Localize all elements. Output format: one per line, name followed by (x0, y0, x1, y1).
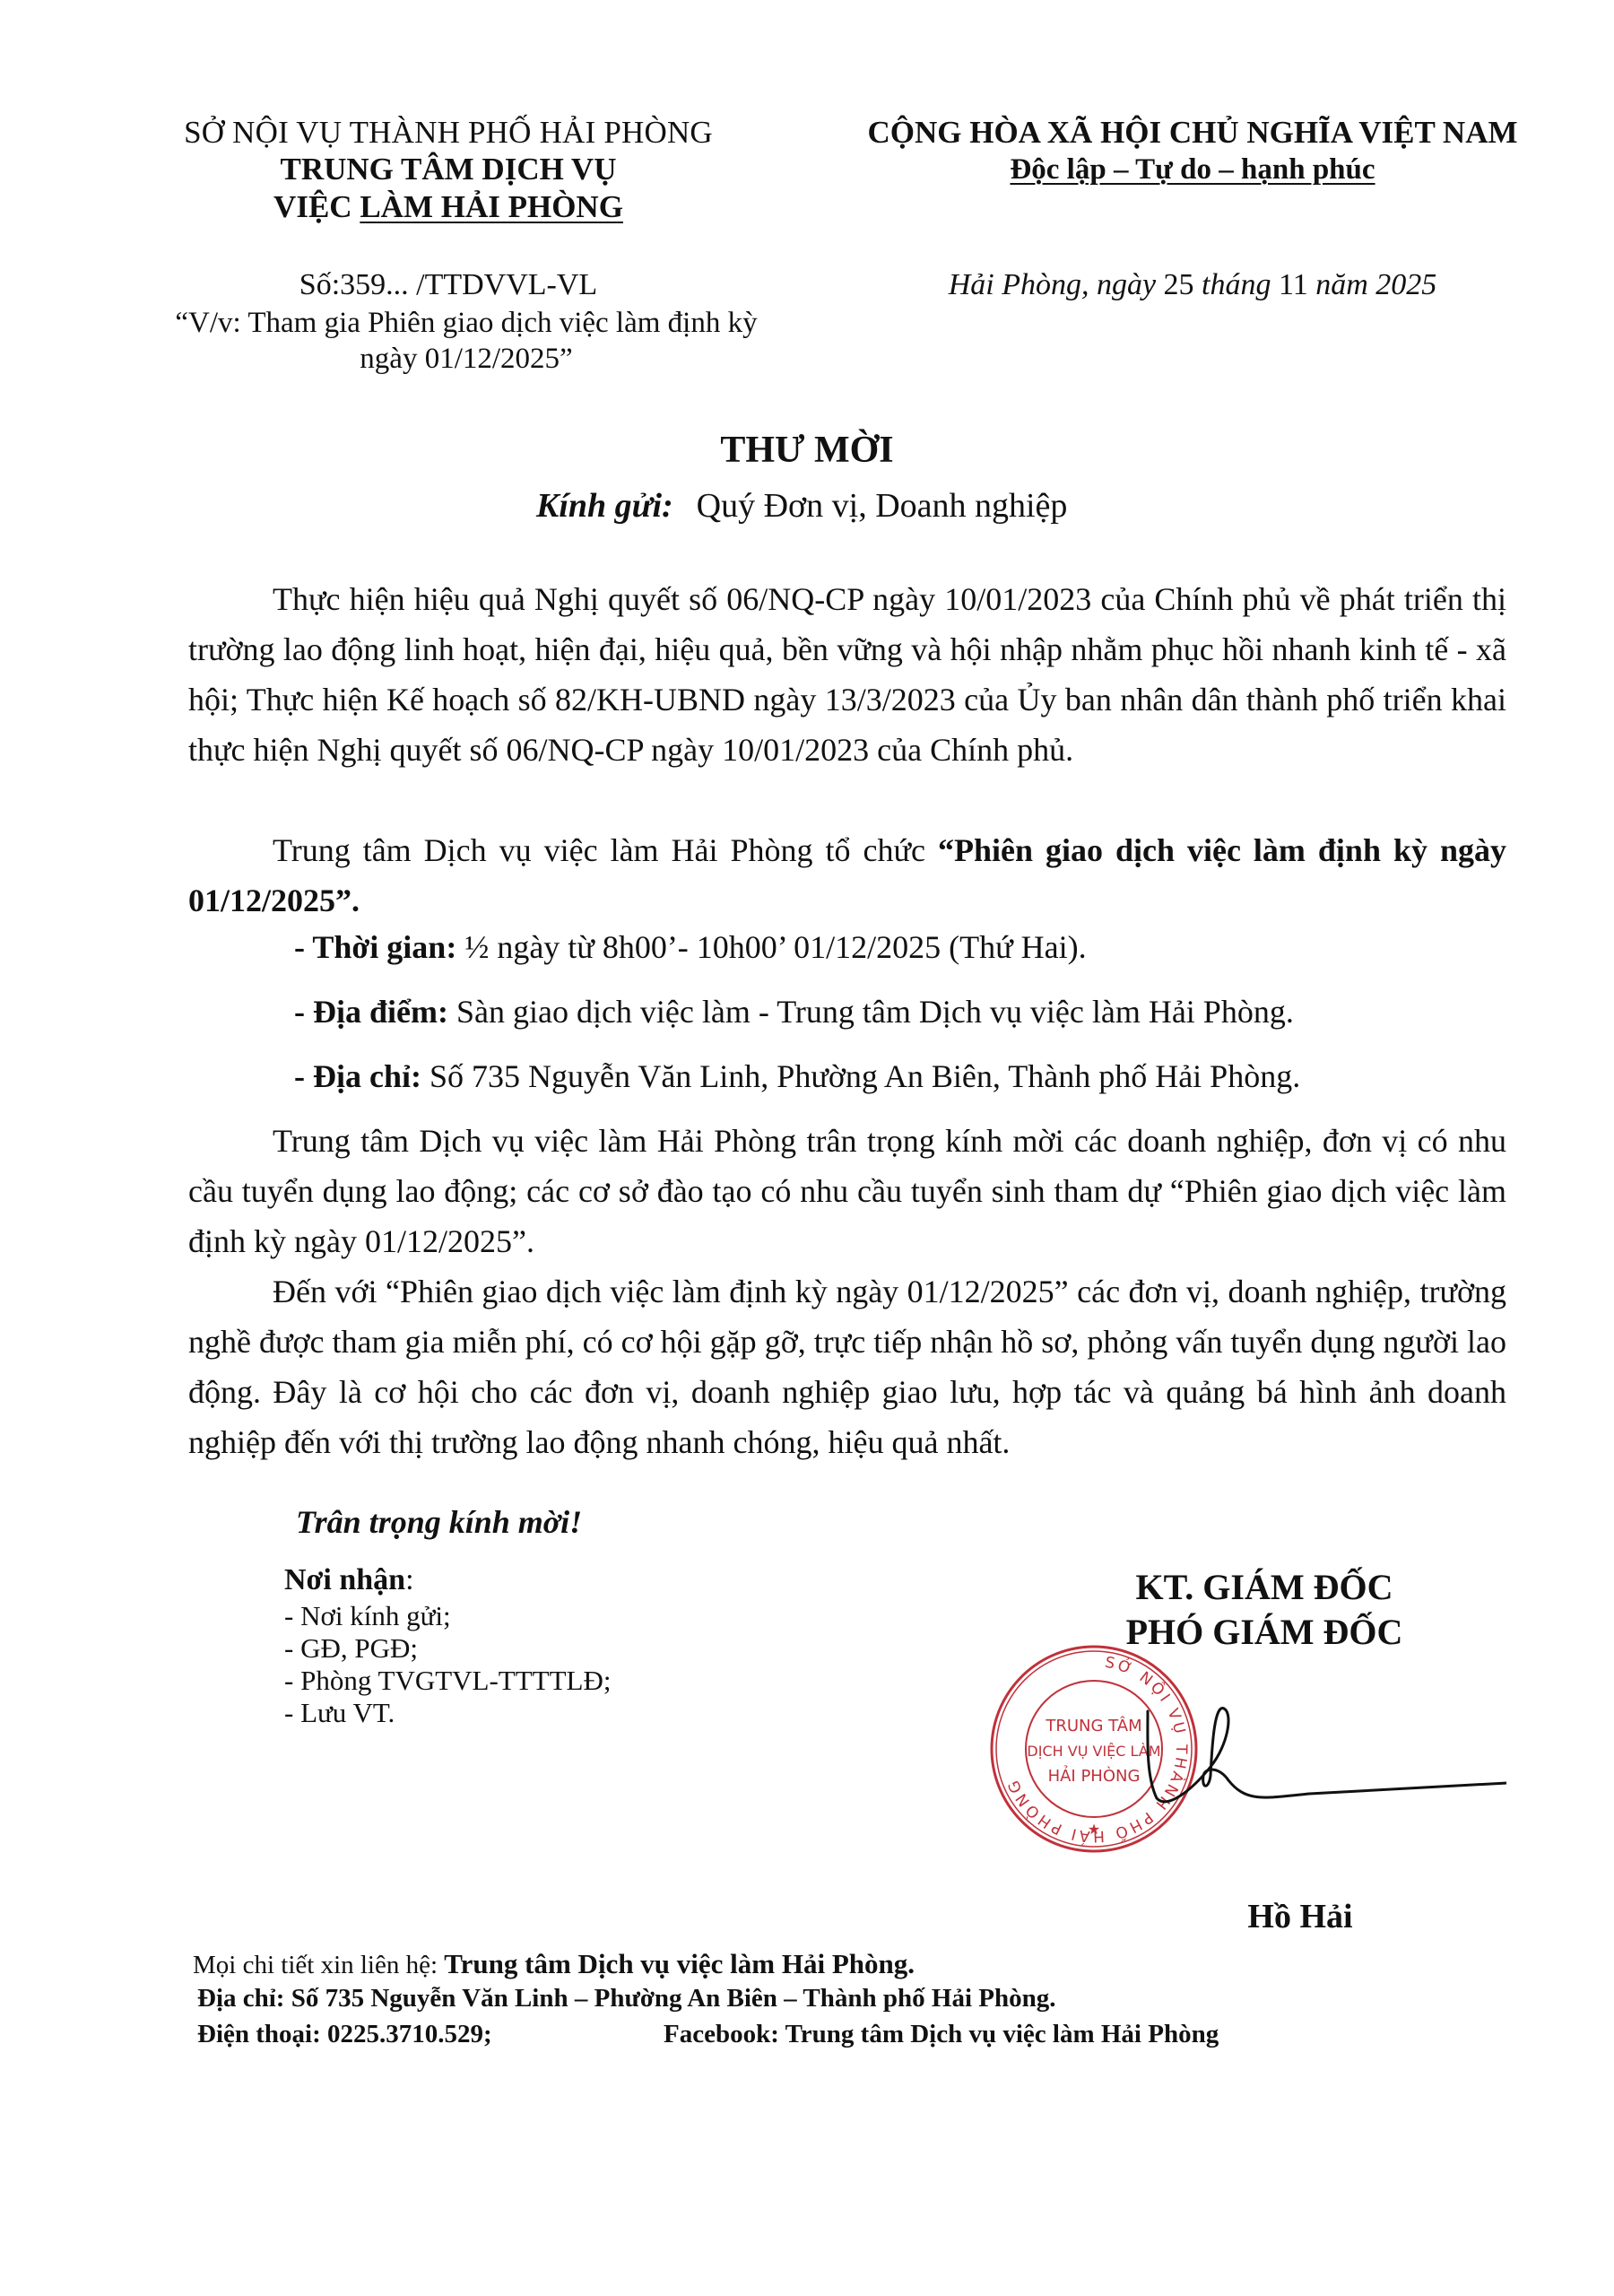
paragraph-text: Trung tâm Dịch vụ việc làm Hải Phòng trâ… (188, 1116, 1506, 1266)
addressee-value: Quý Đơn vị, Doanh nghiệp (697, 487, 1068, 525)
national-header: CỘNG HÒA XÃ HỘI CHỦ NGHĨA VIỆT NAM Độc l… (834, 115, 1551, 188)
issuing-agency-header: SỞ NỘI VỤ THÀNH PHỐ HẢI PHÒNG TRUNG TÂM … (134, 115, 762, 226)
subject-line-2: ngày 01/12/2025” (134, 341, 798, 377)
detail-location: - Địa điểm: Sàn giao dịch việc làm - Tru… (294, 987, 1294, 1037)
svg-text:HẢI PHÒNG: HẢI PHÒNG (1048, 1765, 1141, 1786)
addressee-label: Kính gửi: (536, 487, 673, 525)
unit-name-underlined: LÀM HẢI PHÒNG (360, 189, 623, 224)
doc-number-suffix: /TTDVVL-VL (409, 268, 598, 301)
svg-text:★: ★ (1088, 1821, 1100, 1838)
paragraph-text: Đến với “Phiên giao dịch việc làm định k… (188, 1266, 1506, 1467)
date-place: Hải Phòng, ngày (949, 268, 1164, 301)
date-day: 25 (1164, 268, 1194, 301)
detail-time: - Thời gian: ½ ngày từ 8h00’- 10h00’ 01/… (294, 922, 1087, 972)
detail-value: Sàn giao dịch việc làm - Trung tâm Dịch … (448, 994, 1294, 1030)
recipient-item: - GĐ, PGĐ; (284, 1632, 611, 1665)
paragraph-text: Thực hiện hiệu quả Nghị quyết số 06/NQ-C… (188, 574, 1506, 775)
detail-address: - Địa chỉ: Số 735 Nguyễn Văn Linh, Phườn… (294, 1051, 1300, 1101)
unit-name-prefix: VIỆC (273, 189, 360, 224)
subject-line-1: “V/v: Tham gia Phiên giao dịch việc làm … (134, 305, 798, 341)
svg-text:TRUNG TÂM: TRUNG TÂM (1045, 1716, 1141, 1735)
footer-phone-row: Điện thoại: 0225.3710.529;Facebook: Trun… (197, 2018, 492, 2050)
nation-name: CỘNG HÒA XÃ HỘI CHỦ NGHĨA VIỆT NAM (834, 115, 1551, 151)
detail-value: ½ ngày từ 8h00’- 10h00’ 01/12/2025 (Thứ … (456, 929, 1086, 965)
detail-label: - Địa chỉ: (294, 1058, 421, 1094)
paragraph-legal-basis: Thực hiện hiệu quả Nghị quyết số 06/NQ-C… (188, 574, 1506, 775)
date-month: 11 (1279, 268, 1308, 301)
document-number: Số:359... /TTDVVL-VL (134, 267, 762, 303)
document-subject: “V/v: Tham gia Phiên giao dịch việc làm … (134, 305, 798, 377)
footer-address: Địa chỉ: Số 735 Nguyễn Văn Linh – Phường… (197, 1982, 1055, 2014)
national-motto: Độc lập – Tự do – hạnh phúc (1010, 153, 1375, 186)
closing-phrase: Trân trọng kính mời! (296, 1503, 582, 1541)
detail-value: Số 735 Nguyễn Văn Linh, Phường An Biên, … (421, 1058, 1300, 1094)
document-date: Hải Phòng, ngày 25 tháng 11 năm 2025 (834, 267, 1551, 303)
recipient-item: - Phòng TVGTVL-TTTTLĐ; (284, 1665, 611, 1697)
footer-facebook: Facebook: Trung tâm Dịch vụ việc làm Hải… (664, 2018, 1219, 2050)
detail-label: - Địa điểm: (294, 994, 448, 1030)
signature-title-line1: KT. GIÁM ĐỐC (1040, 1565, 1488, 1610)
paragraph-organize: Trung tâm Dịch vụ việc làm Hải Phòng tổ … (188, 825, 1506, 926)
detail-label: - Thời gian: (294, 929, 456, 965)
recipients-heading: Nơi nhận (284, 1563, 405, 1596)
recipients-colon: : (405, 1563, 413, 1596)
paragraph-invitation: Trung tâm Dịch vụ việc làm Hải Phòng trâ… (188, 1116, 1506, 1266)
addressee: Kính gửi:Quý Đơn vị, Doanh nghiệp (536, 486, 1067, 526)
recipient-item: - Nơi kính gửi; (284, 1600, 611, 1632)
handwritten-signature-icon (1130, 1704, 1506, 1812)
signer-name: Hồ Hải (1166, 1897, 1435, 1936)
parent-agency: SỞ NỘI VỤ THÀNH PHỐ HẢI PHÒNG (134, 115, 762, 151)
paragraph-benefits: Đến với “Phiên giao dịch việc làm định k… (188, 1266, 1506, 1467)
contact-org: Trung tâm Dịch vụ việc làm Hải Phòng. (444, 1948, 915, 1979)
document-title: THƯ MỜI (0, 429, 1614, 472)
contact-label: Mọi chi tiết xin liên hệ: (193, 1951, 444, 1979)
footer-phone: Điện thoại: 0225.3710.529; (197, 2020, 492, 2048)
date-month-label: tháng (1194, 268, 1279, 301)
unit-name-line2: VIỆC LÀM HẢI PHÒNG (134, 188, 762, 226)
unit-name-line1: TRUNG TÂM DỊCH VỤ (134, 151, 762, 188)
recipients-list: Nơi nhận: - Nơi kính gửi; - GĐ, PGĐ; - P… (284, 1561, 611, 1729)
date-year: năm 2025 (1308, 268, 1437, 301)
footer-contact: Mọi chi tiết xin liên hệ: Trung tâm Dịch… (193, 1948, 915, 1981)
organize-prefix: Trung tâm Dịch vụ việc làm Hải Phòng tổ … (273, 832, 938, 868)
doc-number-value: 359... (340, 268, 409, 301)
doc-number-label: Số: (299, 268, 340, 301)
recipient-item: - Lưu VT. (284, 1697, 611, 1729)
